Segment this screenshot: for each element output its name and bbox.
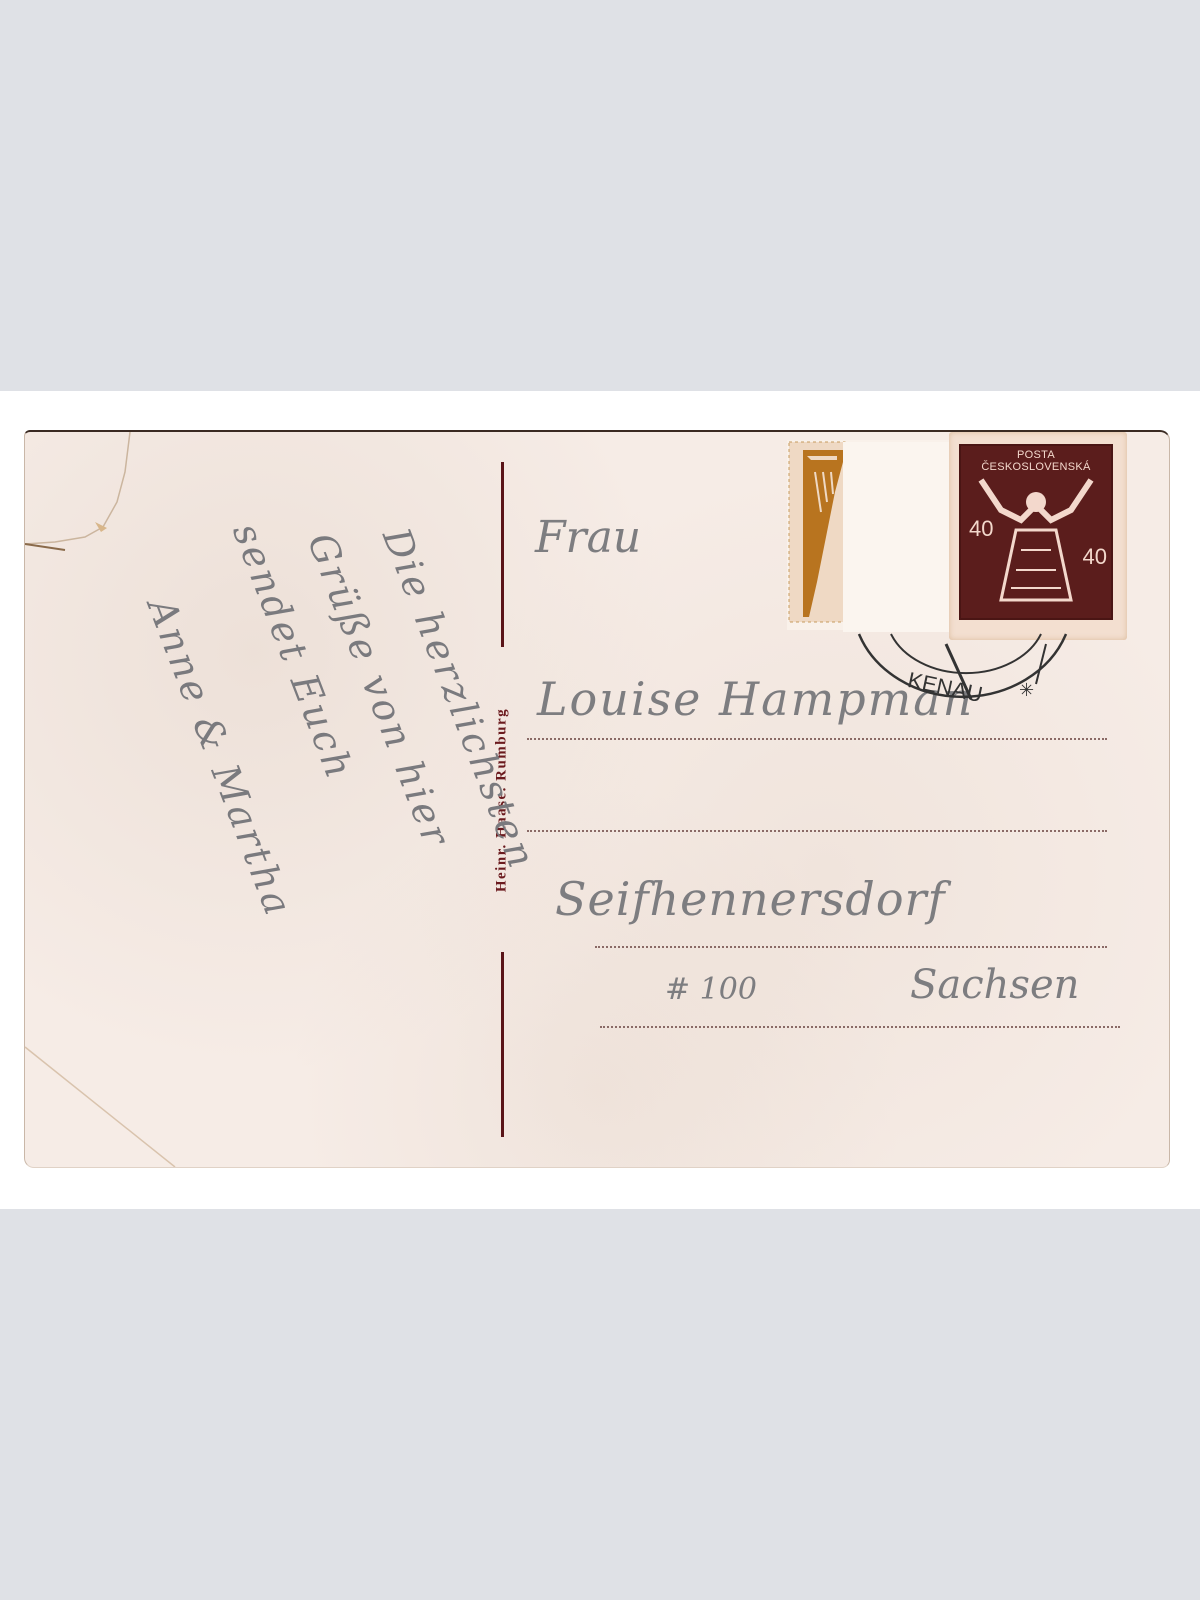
divider-line-bottom <box>501 952 504 1137</box>
address-line <box>600 1026 1120 1028</box>
divider-line-top <box>501 462 504 647</box>
handwritten-message: Die herzlichsten Grüße von hier sendet E… <box>95 512 475 1052</box>
postmark-cancel: KENAU ✳ <box>851 524 1081 724</box>
stamp-value-right: 40 <box>1083 544 1107 570</box>
postmark-star-icon: ✳ <box>1019 680 1034 701</box>
address-salutation: Frau <box>535 512 641 563</box>
address-region: Sachsen <box>910 962 1079 1008</box>
address-line <box>595 946 1107 948</box>
address-line <box>527 738 1107 740</box>
address-line <box>527 830 1107 832</box>
address-house-number: # 100 <box>665 972 757 1007</box>
address-town: Seifhennersdorf <box>555 872 946 926</box>
postcard: Heinr. Haase. Rumburg Die herzlichsten G… <box>24 430 1170 1168</box>
